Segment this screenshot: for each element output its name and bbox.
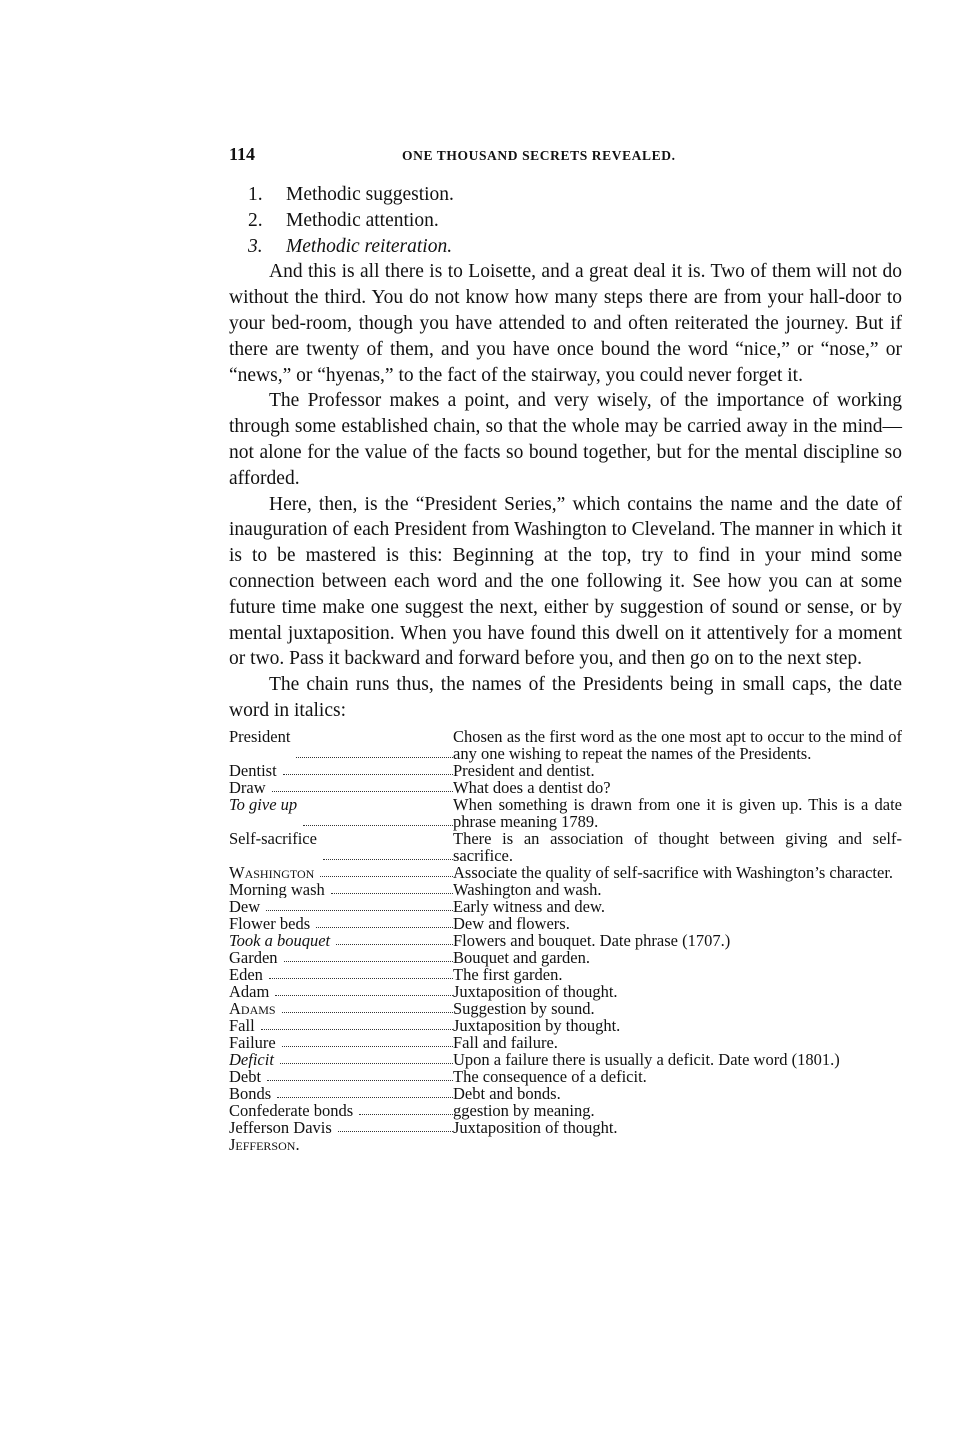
chain-description: Fall and failure. bbox=[453, 1034, 902, 1051]
chain-term-label: Took a bouquet bbox=[229, 932, 336, 949]
chain-row: WashingtonAssociate the quality of self-… bbox=[229, 864, 902, 881]
chain-description: Washington and wash. bbox=[453, 881, 902, 898]
chain-description: Flowers and bouquet. Date phrase (1707.) bbox=[453, 932, 902, 949]
paragraph: The Professor makes a point, and very wi… bbox=[229, 388, 902, 491]
president-chain-table: PresidentChosen as the first word as the… bbox=[229, 728, 902, 1136]
chain-term: Self-sacrifice bbox=[229, 830, 453, 864]
chain-term-label: Fall bbox=[229, 1017, 261, 1034]
chain-description: Suggestion by sound. bbox=[453, 1000, 902, 1017]
chain-row: DentistPresident and dentist. bbox=[229, 762, 902, 779]
dot-leader bbox=[359, 1102, 453, 1115]
chain-term-label: Bonds bbox=[229, 1085, 277, 1102]
dot-leader bbox=[283, 762, 453, 775]
chain-row: DrawWhat does a dentist do? bbox=[229, 779, 902, 796]
chain-row: Took a bouquetFlowers and bouquet. Date … bbox=[229, 932, 902, 949]
chain-description: The consequence of a deficit. bbox=[453, 1068, 902, 1085]
chain-term: Jefferson Davis bbox=[229, 1119, 453, 1136]
paragraph: The chain runs thus, the names of the Pr… bbox=[229, 672, 902, 724]
method-text: Methodic reiteration. bbox=[286, 236, 452, 257]
chain-description: Chosen as the first word as the one most… bbox=[453, 728, 902, 762]
method-item: 1.Methodic suggestion. bbox=[229, 182, 902, 208]
chain-term-label: Garden bbox=[229, 949, 284, 966]
dot-leader bbox=[282, 1034, 453, 1047]
chain-row: To give upWhen something is drawn from o… bbox=[229, 796, 902, 830]
dot-leader bbox=[316, 915, 453, 928]
dot-leader bbox=[280, 1051, 453, 1064]
chain-term: Adams bbox=[229, 1000, 453, 1017]
method-item: 3.Methodic reiteration. bbox=[229, 234, 902, 260]
dot-leader bbox=[323, 830, 453, 860]
chain-description: Juxtaposition by thought. bbox=[453, 1017, 902, 1034]
dot-leader bbox=[272, 779, 453, 792]
dot-leader bbox=[336, 932, 453, 945]
chain-term-label: Adams bbox=[229, 1000, 282, 1017]
chain-term: Eden bbox=[229, 966, 453, 983]
chain-description: The first garden. bbox=[453, 966, 902, 983]
dot-leader bbox=[267, 1068, 453, 1081]
method-number: 3. bbox=[248, 234, 286, 260]
dot-leader bbox=[284, 949, 453, 962]
chain-row: AdamsSuggestion by sound. bbox=[229, 1000, 902, 1017]
chain-description: President and dentist. bbox=[453, 762, 902, 779]
paragraph: And this is all there is to Loisette, an… bbox=[229, 259, 902, 388]
chain-description: Debt and bonds. bbox=[453, 1085, 902, 1102]
chain-description: ggestion by meaning. bbox=[453, 1102, 902, 1119]
chain-term: Garden bbox=[229, 949, 453, 966]
chain-term: Draw bbox=[229, 779, 453, 796]
chain-term-label: Self-sacrifice bbox=[229, 830, 323, 864]
chain-term: Washington bbox=[229, 864, 453, 881]
dot-leader bbox=[296, 728, 453, 758]
chain-term: Fall bbox=[229, 1017, 453, 1034]
chain-description: When something is drawn from one it is g… bbox=[453, 796, 902, 830]
chain-term: Failure bbox=[229, 1034, 453, 1051]
chain-term: To give up bbox=[229, 796, 453, 830]
book-page: 114 ONE THOUSAND SECRETS REVEALED. 1.Met… bbox=[229, 140, 902, 1153]
paragraph: Here, then, is the “President Series,” w… bbox=[229, 492, 902, 673]
chain-row: Morning washWashington and wash. bbox=[229, 881, 902, 898]
chain-term: Flower beds bbox=[229, 915, 453, 932]
chain-term-label: Failure bbox=[229, 1034, 282, 1051]
chain-row: AdamJuxtaposition of thought. bbox=[229, 983, 902, 1000]
chain-row: Confederate bondsggestion by meaning. bbox=[229, 1102, 902, 1119]
dot-leader bbox=[277, 1085, 453, 1098]
chain-row: Jefferson DavisJuxtaposition of thought. bbox=[229, 1119, 902, 1136]
chain-term-label: To give up bbox=[229, 796, 303, 830]
chain-term: Took a bouquet bbox=[229, 932, 453, 949]
chain-row: BondsDebt and bonds. bbox=[229, 1085, 902, 1102]
chain-row: EdenThe first garden. bbox=[229, 966, 902, 983]
chain-term-label: President bbox=[229, 728, 296, 762]
chain-term: President bbox=[229, 728, 453, 762]
running-title: ONE THOUSAND SECRETS REVEALED. bbox=[402, 148, 676, 164]
method-item: 2.Methodic attention. bbox=[229, 208, 902, 234]
method-text: Methodic attention. bbox=[286, 210, 439, 231]
chain-row: DebtThe consequence of a deficit. bbox=[229, 1068, 902, 1085]
chain-term-label: Debt bbox=[229, 1068, 267, 1085]
chain-description: Bouquet and garden. bbox=[453, 949, 902, 966]
final-term: Jefferson. bbox=[229, 1136, 902, 1153]
chain-row: Self-sacrificeThere is an association of… bbox=[229, 830, 902, 864]
dot-leader bbox=[320, 864, 453, 877]
chain-description: Dew and flowers. bbox=[453, 915, 902, 932]
dot-leader bbox=[303, 796, 453, 826]
chain-term-label: Morning wash bbox=[229, 881, 331, 898]
chain-term: Bonds bbox=[229, 1085, 453, 1102]
dot-leader bbox=[269, 966, 453, 979]
chain-term-label: Dentist bbox=[229, 762, 283, 779]
chain-description: Associate the quality of self-sacrifice … bbox=[453, 864, 902, 881]
dot-leader bbox=[282, 1000, 453, 1013]
methods-list: 1.Methodic suggestion. 2.Methodic attent… bbox=[229, 182, 902, 259]
dot-leader bbox=[261, 1017, 453, 1030]
chain-row: FailureFall and failure. bbox=[229, 1034, 902, 1051]
chain-row: FallJuxtaposition by thought. bbox=[229, 1017, 902, 1034]
chain-term-label: Dew bbox=[229, 898, 266, 915]
chain-term-label: Draw bbox=[229, 779, 272, 796]
chain-row: DewEarly witness and dew. bbox=[229, 898, 902, 915]
chain-description: Upon a failure there is usually a defici… bbox=[453, 1051, 902, 1068]
chain-description: Juxtaposition of thought. bbox=[453, 1119, 902, 1136]
dot-leader bbox=[266, 898, 453, 911]
chain-term: Adam bbox=[229, 983, 453, 1000]
chain-term: Dew bbox=[229, 898, 453, 915]
chain-term-label: Confederate bonds bbox=[229, 1102, 359, 1119]
chain-term-label: Deficit bbox=[229, 1051, 280, 1068]
chain-term: Deficit bbox=[229, 1051, 453, 1068]
chain-term-label: Adam bbox=[229, 983, 275, 1000]
chain-description: Juxtaposition of thought. bbox=[453, 983, 902, 1000]
method-number: 2. bbox=[248, 208, 286, 234]
chain-term-label: Washington bbox=[229, 864, 320, 881]
dot-leader bbox=[331, 881, 453, 894]
dot-leader bbox=[338, 1119, 453, 1132]
method-number: 1. bbox=[248, 182, 286, 208]
chain-row: PresidentChosen as the first word as the… bbox=[229, 728, 902, 762]
chain-term: Morning wash bbox=[229, 881, 453, 898]
page-number: 114 bbox=[229, 144, 255, 165]
method-text: Methodic suggestion. bbox=[286, 184, 454, 205]
chain-row: Flower bedsDew and flowers. bbox=[229, 915, 902, 932]
chain-row: GardenBouquet and garden. bbox=[229, 949, 902, 966]
chain-term-label: Eden bbox=[229, 966, 269, 983]
chain-term-label: Jefferson Davis bbox=[229, 1119, 338, 1136]
chain-description: Early witness and dew. bbox=[453, 898, 902, 915]
chain-term: Dentist bbox=[229, 762, 453, 779]
page-header: 114 ONE THOUSAND SECRETS REVEALED. bbox=[229, 140, 902, 170]
chain-row: DeficitUpon a failure there is usually a… bbox=[229, 1051, 902, 1068]
dot-leader bbox=[275, 983, 453, 996]
chain-term: Confederate bonds bbox=[229, 1102, 453, 1119]
chain-term-label: Flower beds bbox=[229, 915, 316, 932]
chain-description: What does a dentist do? bbox=[453, 779, 902, 796]
chain-description: There is an association of thought betwe… bbox=[453, 830, 902, 864]
chain-term: Debt bbox=[229, 1068, 453, 1085]
